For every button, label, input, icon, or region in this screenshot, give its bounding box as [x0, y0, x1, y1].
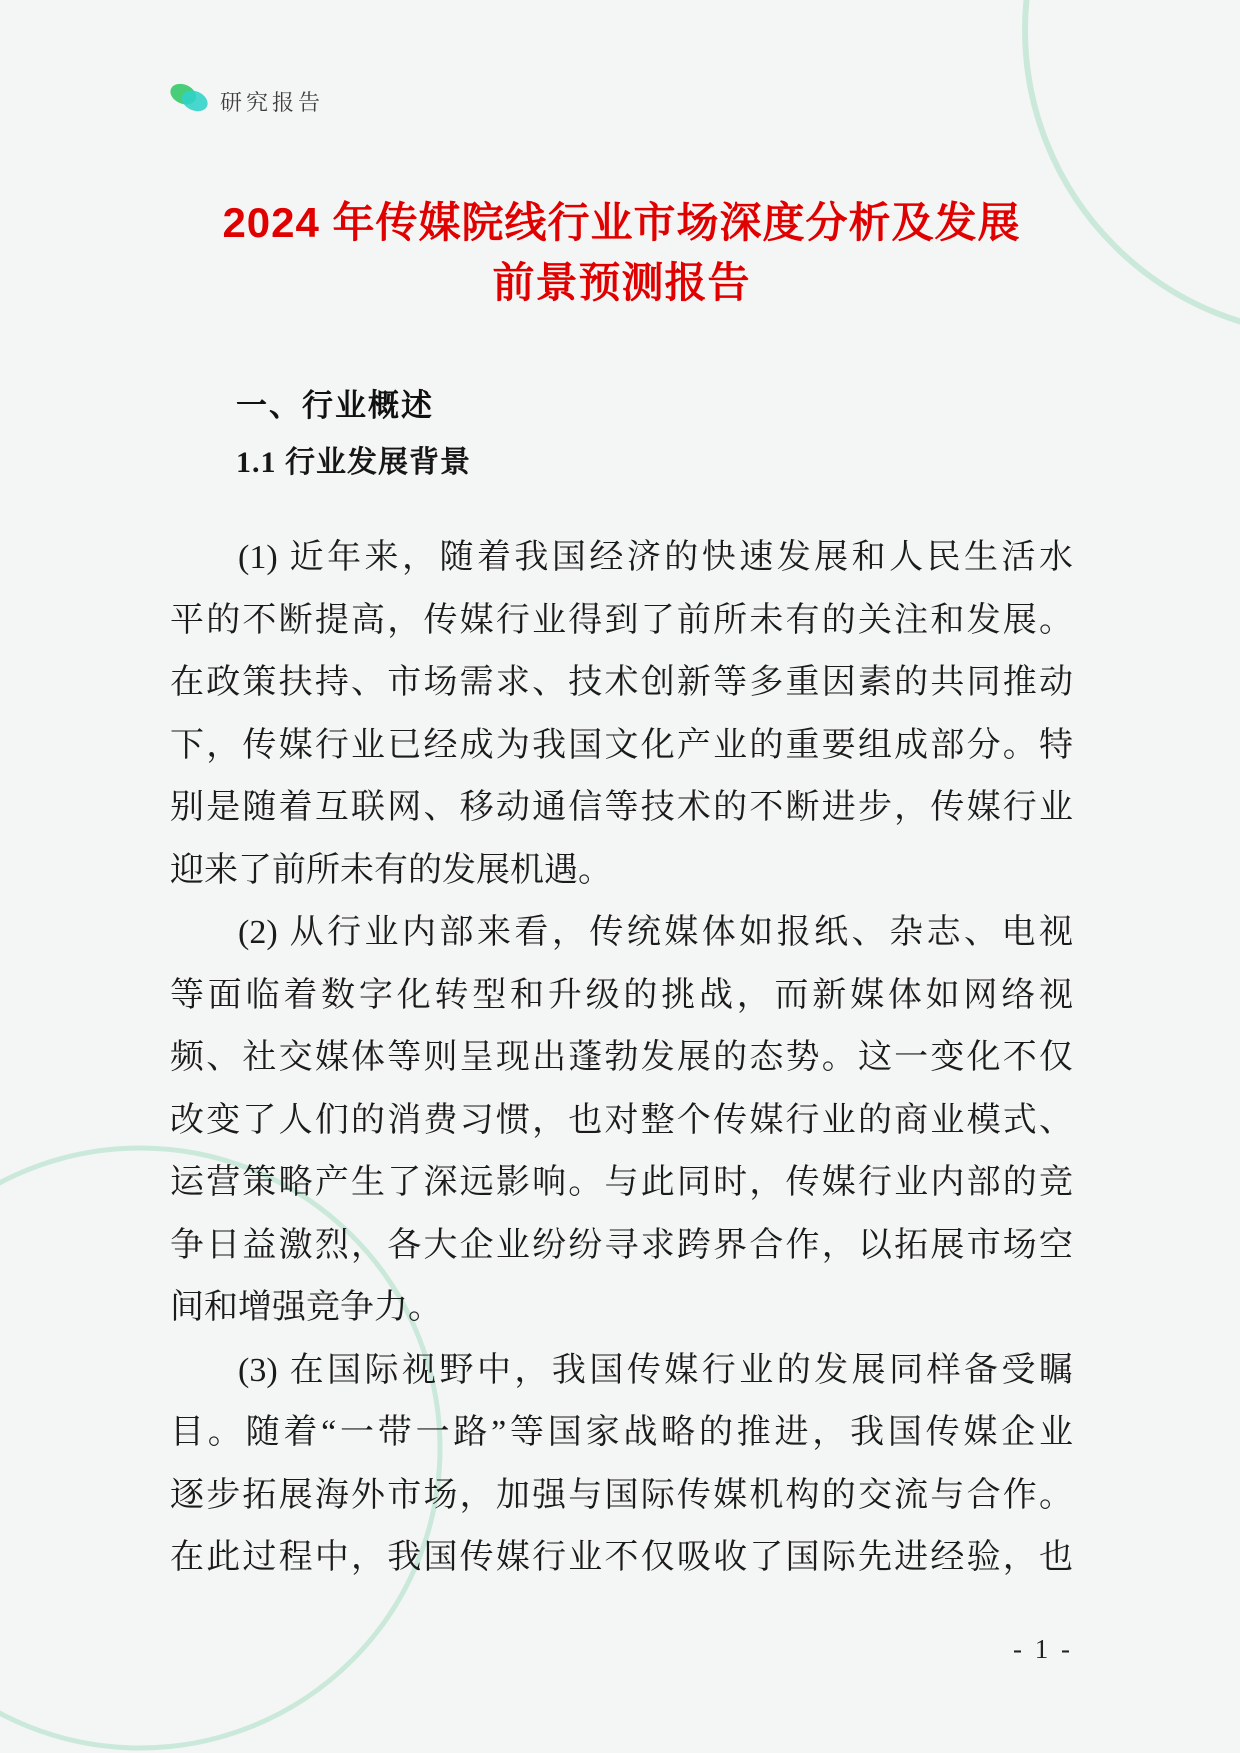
subsection-heading: 1.1 行业发展背景: [236, 437, 471, 481]
paragraph-line: 别是随着互联网、移动通信等技术的不断进步，传媒行业: [170, 777, 1073, 840]
paragraph-line: 争日益激烈，各大企业纷纷寻求跨界合作，以拓展市场空: [170, 1215, 1073, 1278]
logo-text: 研究报告: [220, 86, 324, 117]
document-page: 研究报告 2024 年传媒院线行业市场深度分析及发展 前景预测报告 一、行业概述…: [0, 0, 1240, 1753]
paragraph-line: 迎来了前所未有的发展机遇。: [170, 840, 1073, 903]
body-text: (1) 近年来，随着我国经济的快速发展和人民生活水平的不断提高，传媒行业得到了前…: [170, 527, 1073, 1590]
report-title-line1: 2024 年传媒院线行业市场深度分析及发展: [170, 193, 1073, 253]
page-number: - 1 -: [170, 1634, 1103, 1665]
paragraph-line: 平的不断提高，传媒行业得到了前所未有的关注和发展。: [170, 590, 1073, 653]
paragraph-line: 间和增强竞争力。: [170, 1277, 1073, 1340]
paragraph-line: 频、社交媒体等则呈现出蓬勃发展的态势。这一变化不仅: [170, 1027, 1073, 1090]
paragraph-line: (1) 近年来，随着我国经济的快速发展和人民生活水: [170, 527, 1073, 590]
paragraph-line: 逐步拓展海外市场，加强与国际传媒机构的交流与合作。: [170, 1465, 1073, 1528]
paragraph-line: (3) 在国际视野中，我国传媒行业的发展同样备受瞩: [170, 1340, 1073, 1403]
report-title: 2024 年传媒院线行业市场深度分析及发展 前景预测报告: [170, 193, 1073, 313]
paragraph-line: 在此过程中，我国传媒行业不仅吸收了国际先进经验，也: [170, 1527, 1073, 1590]
paragraph-line: 改变了人们的消费习惯，也对整个传媒行业的商业模式、: [170, 1090, 1073, 1153]
logo-icon: [166, 75, 212, 121]
paragraph-line: 下，传媒行业已经成为我国文化产业的重要组成部分。特: [170, 715, 1073, 778]
section-heading: 一、行业概述: [236, 380, 434, 425]
paragraph-line: 在政策扶持、市场需求、技术创新等多重因素的共同推动: [170, 652, 1073, 715]
paragraph-line: 运营策略产生了深远影响。与此同时，传媒行业内部的竞: [170, 1152, 1073, 1215]
paragraph-line: 目。随着“一带一路”等国家战略的推进，我国传媒企业: [170, 1402, 1073, 1465]
report-title-line2: 前景预测报告: [170, 253, 1073, 313]
paragraph-line: (2) 从行业内部来看，传统媒体如报纸、杂志、电视: [170, 902, 1073, 965]
paragraph-line: 等面临着数字化转型和升级的挑战，而新媒体如网络视: [170, 965, 1073, 1028]
